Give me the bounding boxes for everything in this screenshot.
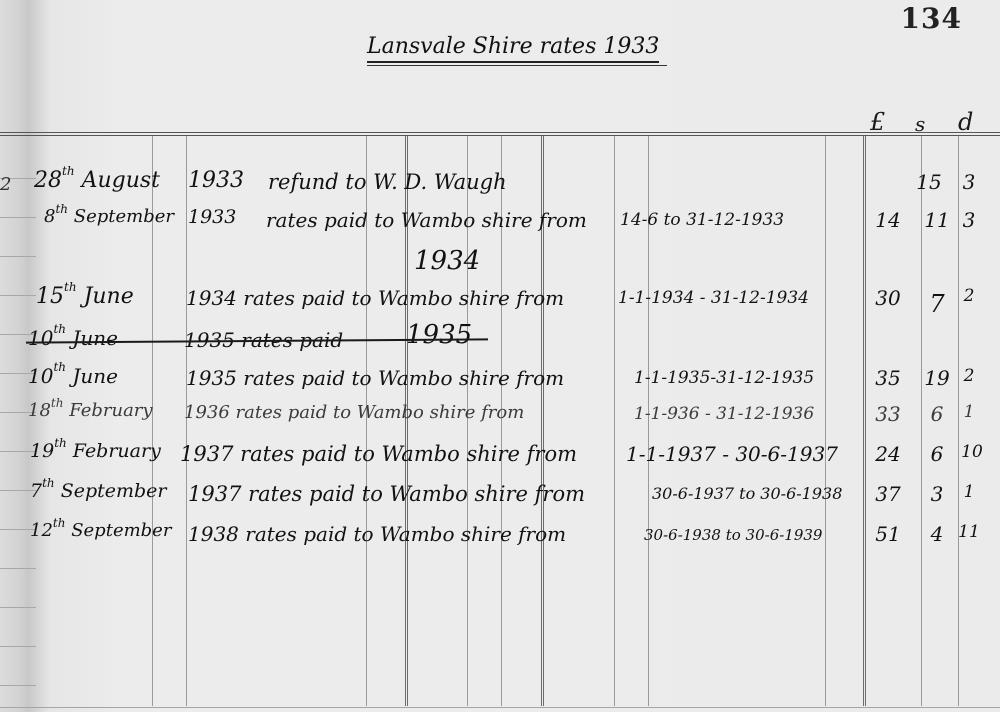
entry-pounds: 30 [866,286,910,310]
entry-pounds: 37 [866,482,910,506]
entry-shillings: 6 [920,442,954,466]
entry-year: 1933 [188,168,244,193]
entry-pence: 2 [955,286,983,306]
header-rule [0,135,1000,136]
ledger-entry: 15th June 1934 rates paid to Wambo shire… [0,284,1000,320]
entry-description: 1934 rates paid to Wambo shire from [186,286,564,310]
entry-date: 15th June [36,284,134,309]
entry-pounds: 14 [866,208,910,232]
entry-shillings: 15 [910,170,948,194]
margin-rule [0,685,36,686]
entry-date: 7th September [30,480,167,502]
year-heading: 1935 [406,320,472,350]
ledger-entry: 18th February 1936 rates paid to Wambo s… [0,400,1000,436]
margin-rule [0,568,36,569]
ledger-entry: 12th September 1938 rates paid to Wambo … [0,520,1000,556]
year-heading: 1934 [414,246,480,276]
entry-description: 1937 rates paid to Wambo shire from [188,482,585,506]
ledger-entry: 19th February 1937 rates paid to Wambo s… [0,440,1000,476]
page-number: 134 [901,2,962,35]
entry-date: 10th June [28,364,118,388]
shillings-header: s [915,112,925,136]
entry-period: 1-1-1934 - 31-12-1934 [618,288,809,308]
ledger-entry: 8th September 1933 rates paid to Wambo s… [0,206,1000,242]
ledger-page: 134 Lansvale Shire rates 1933 £ s d 2 28… [0,0,1000,712]
ledger-title: Lansvale Shire rates 1933 [367,34,659,63]
entry-date: 18th February [28,400,153,421]
entry-period: 1-1-1935-31-12-1935 [634,368,814,388]
entry-date: 10th June [28,326,118,350]
entry-pence: 11 [955,522,983,542]
pounds-header: £ [870,108,885,136]
margin-rule [0,256,36,257]
entry-shillings: 4 [920,522,954,546]
entry-pounds: 35 [866,366,910,390]
entry-description: rates paid to Wambo shire from [266,208,587,232]
entry-shillings: 11 [920,208,954,232]
entry-date: 8th September [44,206,174,227]
entry-shillings: 3 [920,482,954,506]
margin-rule [0,607,36,608]
entry-description: 1935 rates paid to Wambo shire from [186,366,564,390]
margin-rule [0,646,36,647]
entry-description: refund to W. D. Waugh [268,170,507,194]
entry-shillings: 7 [920,290,954,318]
entry-pence: 2 [955,366,983,386]
entry-description: 1937 rates paid to Wambo shire from [180,442,577,466]
entry-description: 1936 rates paid to Wambo shire from [184,402,524,423]
entry-period: 1-1-936 - 31-12-1936 [634,404,814,424]
entry-pence: 3 [955,170,983,194]
entry-pence: 1 [955,482,983,502]
entry-period: 30-6-1937 to 30-6-1938 [652,484,842,503]
header-rule [0,132,1000,133]
entry-period: 30-6-1938 to 30-6-1939 [644,526,822,544]
entry-pounds: 51 [866,522,910,546]
entry-date: 12th September [30,520,171,541]
entry-pounds: 33 [866,402,910,426]
entry-pence: 10 [955,442,989,462]
entry-date: 19th February [30,440,161,462]
entry-shillings: 6 [920,402,954,426]
entry-pounds: 24 [866,442,910,466]
entry-pence: 1 [955,402,983,422]
entry-date: 28th August [34,168,160,193]
ledger-entry-cancelled: 10th June 1935 rates paid 1935 [0,326,1000,362]
ledger-entry: 7th September 1937 rates paid to Wambo s… [0,480,1000,516]
entry-description: 1938 rates paid to Wambo shire from [188,522,566,546]
pence-header: d [958,108,973,136]
entry-period: 14-6 to 31-12-1933 [620,210,784,230]
entry-shillings: 19 [920,366,954,390]
entry-pence: 3 [955,208,983,232]
ledger-entry: 10th June 1935 rates paid to Wambo shire… [0,364,1000,400]
entry-period: 1-1-1937 - 30-6-1937 [626,442,838,466]
bottom-rule [0,707,1000,708]
ledger-entry: 28th August 1933 refund to W. D. Waugh 1… [0,168,1000,204]
entry-year: 1933 [188,206,236,228]
